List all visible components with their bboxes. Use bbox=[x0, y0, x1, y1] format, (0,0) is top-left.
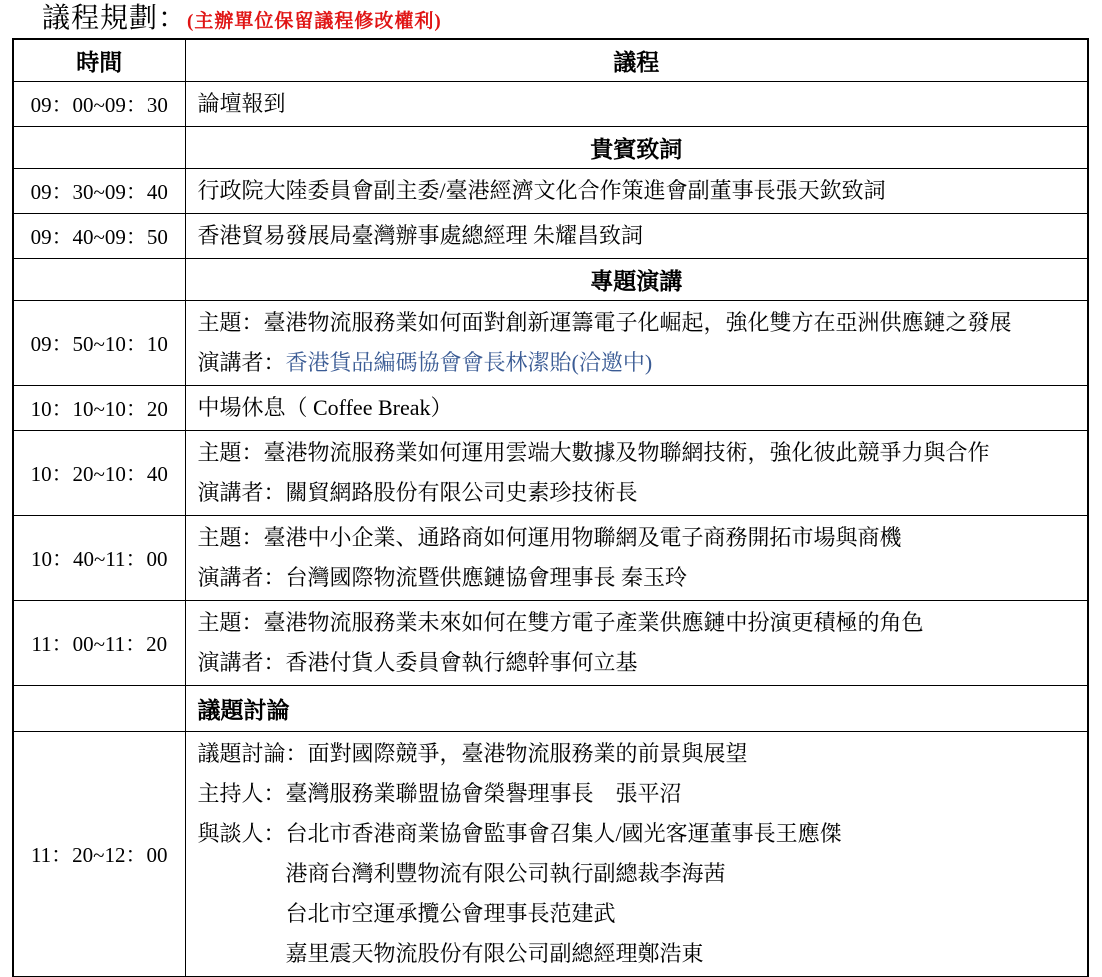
agenda-cell: 香港貿易發展局臺灣辦事處總經理 朱耀昌致詞 bbox=[185, 214, 1088, 259]
agenda-text: 論壇報到 bbox=[198, 91, 286, 116]
time-cell: 10：40~11：00 bbox=[13, 516, 185, 601]
time-cell: 09：50~10：10 bbox=[13, 301, 185, 386]
agenda-text: 演講者：關貿網路股份有限公司史素珍技術長 bbox=[198, 480, 638, 505]
table-row: 10：10~10：20中場休息（ Coffee Break） bbox=[13, 386, 1088, 431]
agenda-text: 行政院大陸委員會副主委/臺港經濟文化合作策進會副董事長張天欽致詞 bbox=[198, 178, 886, 203]
agenda-line: 論壇報到 bbox=[198, 84, 1076, 124]
agenda-table-body: 09：00~09：30論壇報到貴賓致詞09：30~09：40行政院大陸委員會副主… bbox=[13, 82, 1088, 977]
table-header-row: 時間 議程 bbox=[13, 39, 1088, 82]
agenda-line: 行政院大陸委員會副主委/臺港經濟文化合作策進會副董事長張天欽致詞 bbox=[198, 171, 1076, 211]
agenda-cell: 中場休息（ Coffee Break） bbox=[185, 386, 1088, 431]
agenda-cell: 議題討論：面對國際競爭，臺港物流服務業的前景與展望主持人：臺灣服務業聯盟協會榮譽… bbox=[185, 732, 1088, 977]
agenda-line: 主題：臺港物流服務業如何運用雲端大數據及物聯網技術，強化彼此競爭力與合作 bbox=[198, 433, 1076, 473]
agenda-line: 香港貿易發展局臺灣辦事處總經理 朱耀昌致詞 bbox=[198, 216, 1076, 256]
agenda-line: 中場休息（ Coffee Break） bbox=[198, 388, 1076, 428]
agenda-cell: 主題：臺港物流服務業如何運用雲端大數據及物聯網技術，強化彼此競爭力與合作演講者：… bbox=[185, 431, 1088, 516]
table-row: 10：40~11：00主題：臺港中小企業、通路商如何運用物聯網及電子商務開拓市場… bbox=[13, 516, 1088, 601]
document-page: 議程規劃：(主辦單位保留議程修改權利) 時間 議程 09：00~09：30論壇報… bbox=[0, 0, 1102, 977]
agenda-text: 台北市空運承攬公會理事長范建武 bbox=[286, 901, 616, 926]
agenda-line: 演講者：台灣國際物流暨供應鏈協會理事長 秦玉玲 bbox=[198, 558, 1076, 598]
table-row: 09：00~09：30論壇報到 bbox=[13, 82, 1088, 127]
time-cell: 11：20~12：00 bbox=[13, 732, 185, 977]
agenda-text: 演講者： bbox=[198, 350, 286, 375]
agenda-cell: 主題：臺港物流服務業如何面對創新運籌電子化崛起，強化雙方在亞洲供應鏈之發展演講者… bbox=[185, 301, 1088, 386]
time-cell: 09：40~09：50 bbox=[13, 214, 185, 259]
time-cell bbox=[13, 686, 185, 732]
agenda-line: 與談人：台北市香港商業協會監事會召集人/國光客運董事長王應傑 bbox=[198, 814, 1076, 854]
time-cell: 09：30~09：40 bbox=[13, 169, 185, 214]
title-text: 議程規劃： bbox=[42, 3, 187, 34]
agenda-text: 主題：臺港中小企業、通路商如何運用物聯網及電子商務開拓市場與商機 bbox=[198, 525, 902, 550]
section-header: 議題討論 bbox=[185, 686, 1088, 732]
time-cell: 11：00~11：20 bbox=[13, 601, 185, 686]
agenda-line: 嘉里震天物流股份有限公司副總經理鄭浩東 bbox=[198, 934, 1076, 974]
column-header-agenda: 議程 bbox=[185, 39, 1088, 82]
agenda-text: 港商台灣利豐物流有限公司執行副總裁李海茜 bbox=[286, 861, 726, 886]
agenda-text: 主持人：臺灣服務業聯盟協會榮譽理事長 張平沼 bbox=[198, 781, 682, 806]
title-note-red: (主辦單位保留議程修改權利) bbox=[187, 11, 442, 32]
agenda-line: 主題：臺港物流服務業如何面對創新運籌電子化崛起，強化雙方在亞洲供應鏈之發展 bbox=[198, 303, 1076, 343]
agenda-text: 香港貿易發展局臺灣辦事處總經理 朱耀昌致詞 bbox=[198, 223, 644, 248]
agenda-line: 港商台灣利豐物流有限公司執行副總裁李海茜 bbox=[198, 854, 1076, 894]
document-title: 議程規劃：(主辦單位保留議程修改權利) bbox=[42, 0, 442, 42]
agenda-line: 主持人：臺灣服務業聯盟協會榮譽理事長 張平沼 bbox=[198, 774, 1076, 814]
table-row: 11：20~12：00議題討論：面對國際競爭，臺港物流服務業的前景與展望主持人：… bbox=[13, 732, 1088, 977]
section-header: 貴賓致詞 bbox=[185, 127, 1088, 169]
agenda-line: 主題：臺港中小企業、通路商如何運用物聯網及電子商務開拓市場與商機 bbox=[198, 518, 1076, 558]
table-row: 貴賓致詞 bbox=[13, 127, 1088, 169]
time-cell bbox=[13, 127, 185, 169]
agenda-line: 議題討論：面對國際競爭，臺港物流服務業的前景與展望 bbox=[198, 734, 1076, 774]
table-row: 09：50~10：10主題：臺港物流服務業如何面對創新運籌電子化崛起，強化雙方在… bbox=[13, 301, 1088, 386]
agenda-text: 演講者：台灣國際物流暨供應鏈協會理事長 秦玉玲 bbox=[198, 565, 688, 590]
agenda-text: 演講者：香港付貨人委員會執行總幹事何立基 bbox=[198, 650, 638, 675]
agenda-text: 主題：臺港物流服務業未來如何在雙方電子產業供應鏈中扮演更積極的角色 bbox=[198, 610, 924, 635]
time-cell: 10：20~10：40 bbox=[13, 431, 185, 516]
agenda-text: 中場休息（ Coffee Break） bbox=[198, 395, 453, 420]
agenda-cell: 行政院大陸委員會副主委/臺港經濟文化合作策進會副董事長張天欽致詞 bbox=[185, 169, 1088, 214]
agenda-cell: 主題：臺港中小企業、通路商如何運用物聯網及電子商務開拓市場與商機演講者：台灣國際… bbox=[185, 516, 1088, 601]
agenda-text: 與談人：台北市香港商業協會監事會召集人/國光客運董事長王應傑 bbox=[198, 821, 842, 846]
table-row: 專題演講 bbox=[13, 259, 1088, 301]
table-row: 10：20~10：40主題：臺港物流服務業如何運用雲端大數據及物聯網技術，強化彼… bbox=[13, 431, 1088, 516]
time-cell bbox=[13, 259, 185, 301]
agenda-line: 台北市空運承攬公會理事長范建武 bbox=[198, 894, 1076, 934]
column-header-time: 時間 bbox=[13, 39, 185, 82]
table-row: 09：40~09：50香港貿易發展局臺灣辦事處總經理 朱耀昌致詞 bbox=[13, 214, 1088, 259]
speaker-name-highlight: 香港貨品編碼協會會長林潔貽(洽邀中) bbox=[286, 350, 653, 375]
agenda-text: 主題：臺港物流服務業如何運用雲端大數據及物聯網技術，強化彼此競爭力與合作 bbox=[198, 440, 990, 465]
agenda-line: 主題：臺港物流服務業未來如何在雙方電子產業供應鏈中扮演更積極的角色 bbox=[198, 603, 1076, 643]
agenda-text: 嘉里震天物流股份有限公司副總經理鄭浩東 bbox=[286, 941, 704, 966]
agenda-text: 主題：臺港物流服務業如何面對創新運籌電子化崛起，強化雙方在亞洲供應鏈之發展 bbox=[198, 310, 1012, 335]
table-row: 議題討論 bbox=[13, 686, 1088, 732]
time-cell: 10：10~10：20 bbox=[13, 386, 185, 431]
table-row: 11：00~11：20主題：臺港物流服務業未來如何在雙方電子產業供應鏈中扮演更積… bbox=[13, 601, 1088, 686]
agenda-line: 演講者：香港付貨人委員會執行總幹事何立基 bbox=[198, 643, 1076, 683]
agenda-line: 演講者：香港貨品編碼協會會長林潔貽(洽邀中) bbox=[198, 343, 1076, 383]
agenda-table: 時間 議程 09：00~09：30論壇報到貴賓致詞09：30~09：40行政院大… bbox=[12, 38, 1089, 977]
time-cell: 09：00~09：30 bbox=[13, 82, 185, 127]
agenda-cell: 論壇報到 bbox=[185, 82, 1088, 127]
section-header: 專題演講 bbox=[185, 259, 1088, 301]
agenda-line: 演講者：關貿網路股份有限公司史素珍技術長 bbox=[198, 473, 1076, 513]
agenda-text: 議題討論：面對國際競爭，臺港物流服務業的前景與展望 bbox=[198, 741, 748, 766]
agenda-cell: 主題：臺港物流服務業未來如何在雙方電子產業供應鏈中扮演更積極的角色演講者：香港付… bbox=[185, 601, 1088, 686]
table-row: 09：30~09：40行政院大陸委員會副主委/臺港經濟文化合作策進會副董事長張天… bbox=[13, 169, 1088, 214]
